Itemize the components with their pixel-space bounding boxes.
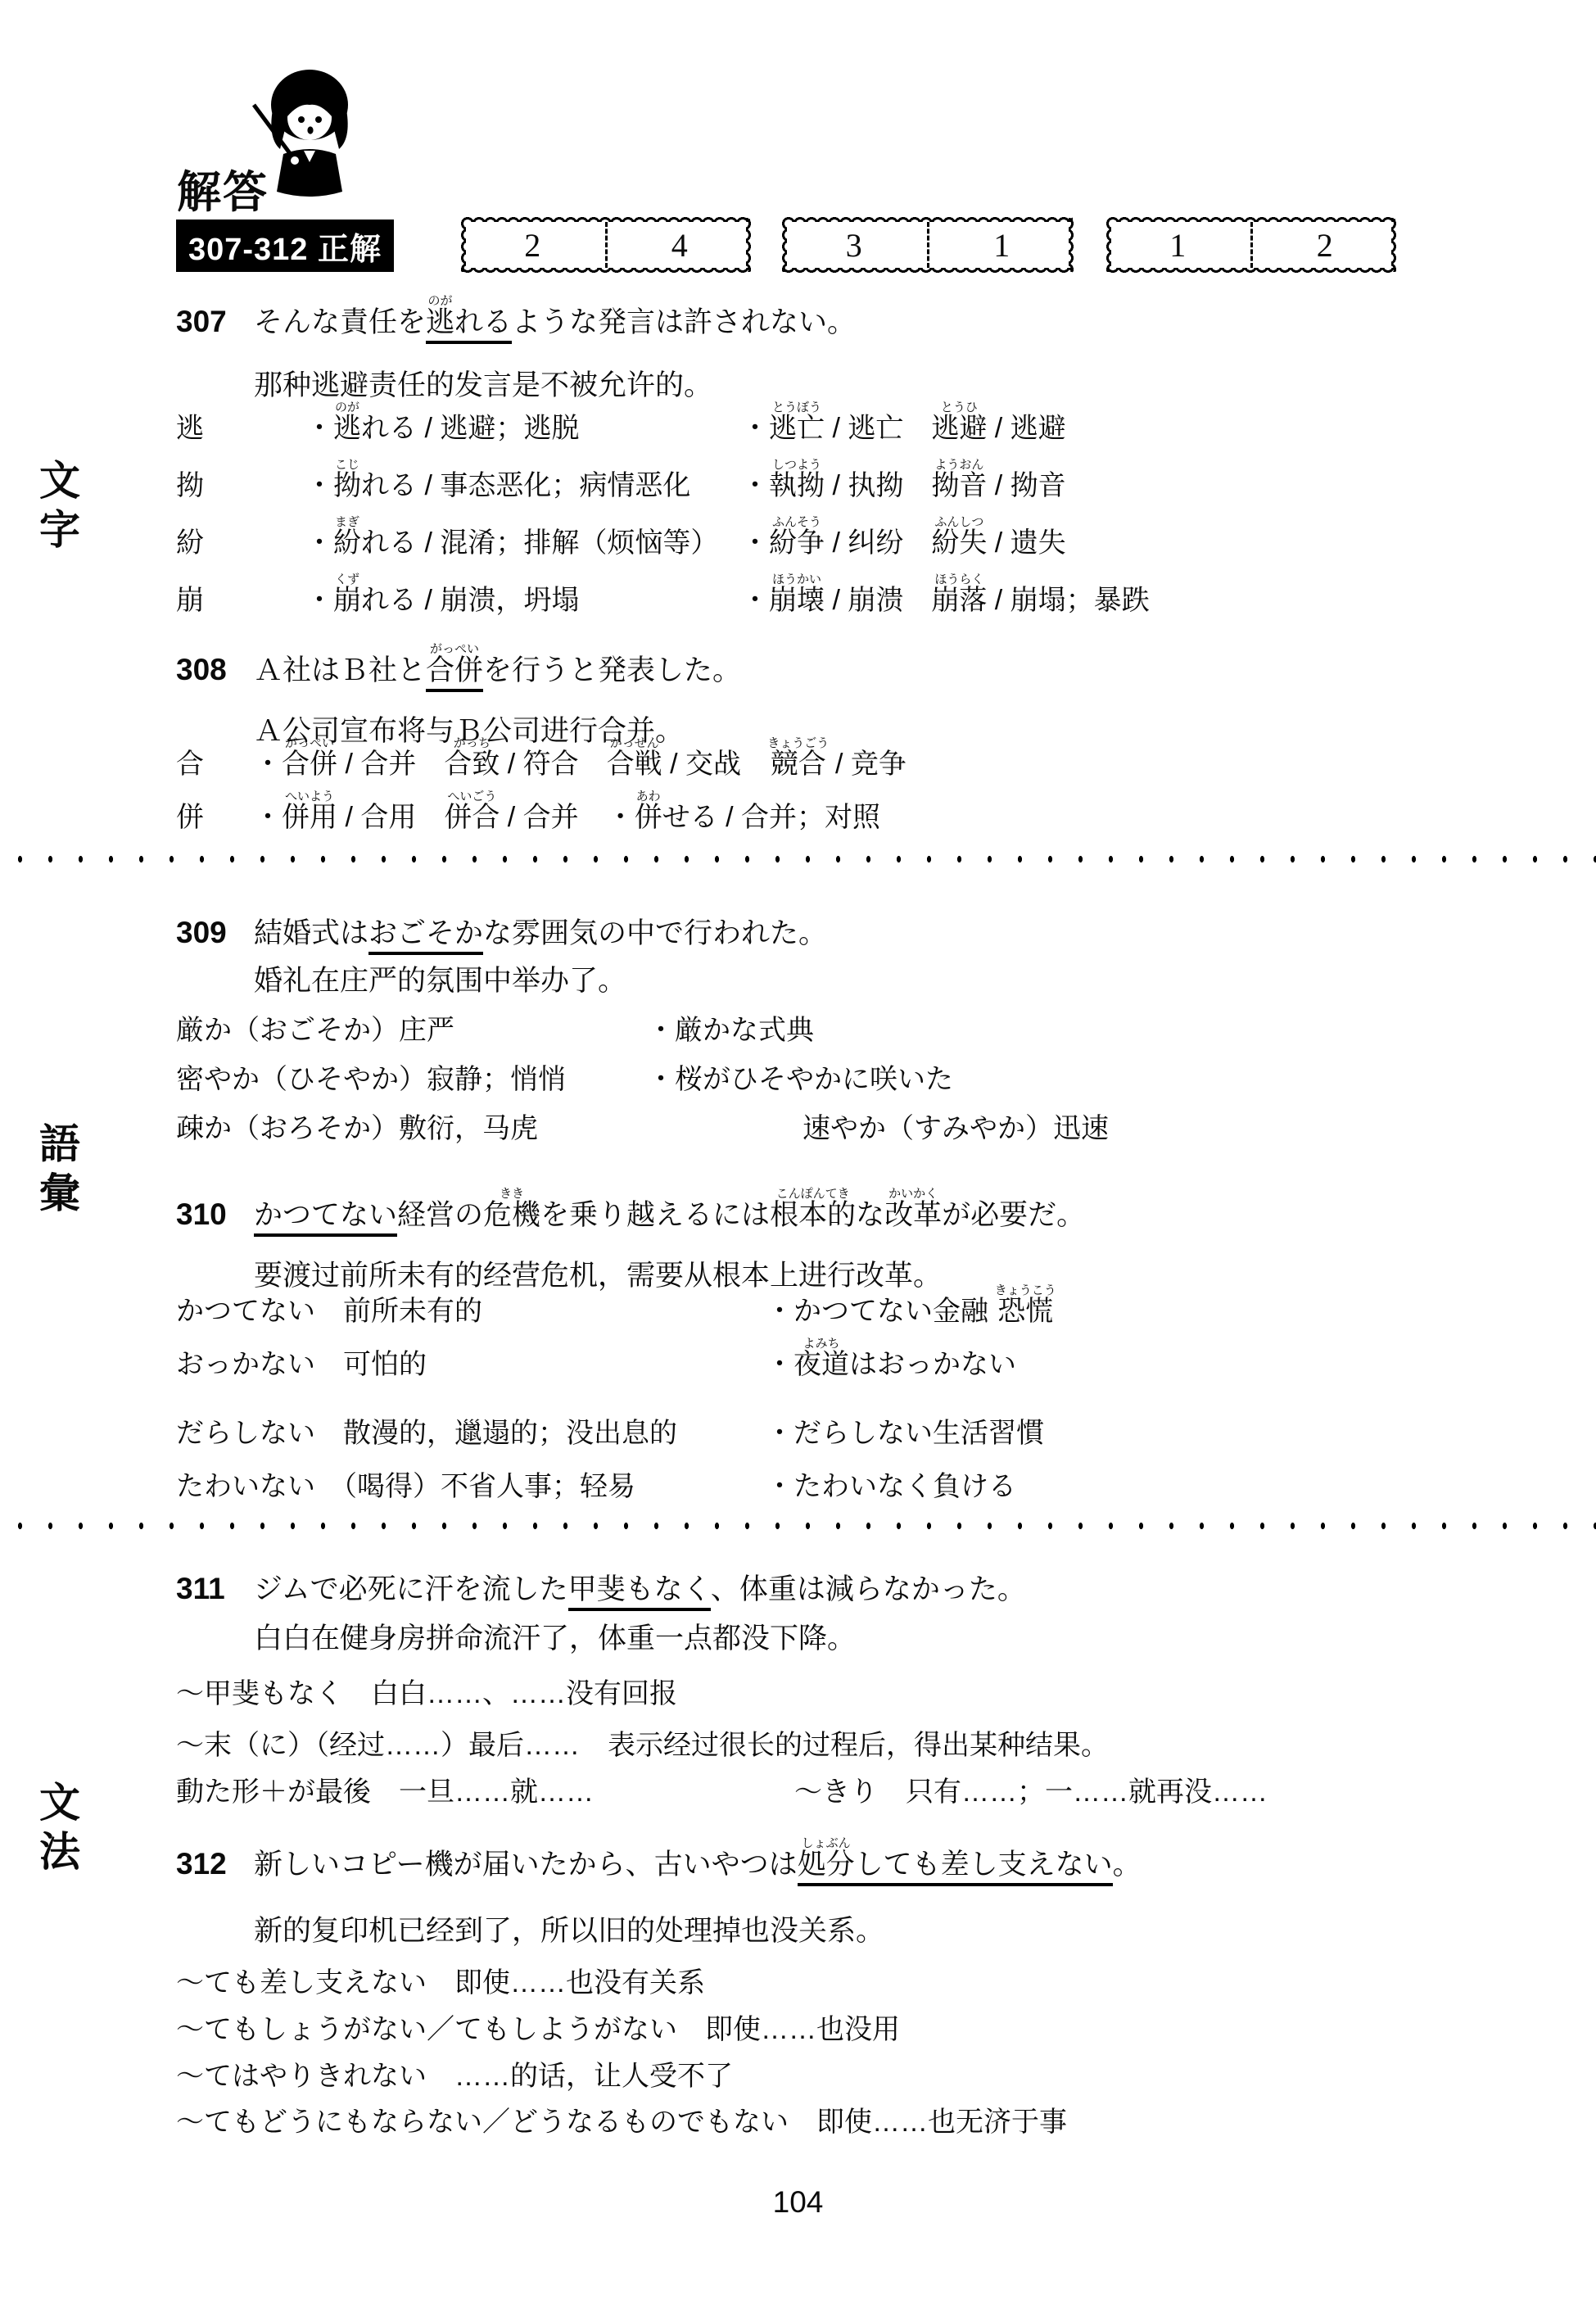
vocab-left: 厳か（おごそか）庄严 (176, 1007, 647, 1048)
dotted-divider (0, 853, 1596, 865)
page-number: 104 (0, 2185, 1596, 2220)
vocab-row: 紛 ・紛まぎれる / 混淆；排解（烦恼等） ・紛争ふんそう / 纠纷 紛失ふんし… (176, 515, 1066, 560)
grammar-line: ～てもしょうがない／てもしようがない 即使……也没用 (176, 2007, 900, 2047)
translation-cn: 白白在健身房拼命流汗了，体重一点都没下降。 (254, 1616, 856, 1657)
answer-value: 1 (929, 226, 1075, 265)
grammar-line: ～てもどうにもならない／どうなるものでもない 即使……也无济于事 (176, 2099, 1067, 2139)
vocab-left: おっかない 可怕的 (176, 1342, 766, 1382)
grammar-row: ～末（に）（经过……）最后…… 表示经过很长的过程后，得出某种结果。 (176, 1722, 1109, 1763)
wavy-border-bottom (462, 268, 750, 274)
answer-value: 2 (460, 226, 605, 265)
vocab-right: 速やか（すみやか）迅速 (647, 1106, 1109, 1146)
vocab-left: ・崩くずれる / 崩溃，坍塌 (305, 573, 741, 618)
question-number: 308 (176, 653, 254, 687)
vocab-right: ・執拗しつよう / 执拗 拗音ようおん / 拗音 (741, 458, 1066, 503)
grammar-row: ～てはやりきれない ……的话，让人受不了 (176, 2053, 733, 2093)
vocab-row: かつてない 前所未有的 ・かつてない金融 恐慌きょうこう (176, 1283, 1056, 1328)
wavy-border-left (460, 218, 466, 272)
vocab-kanji-head: 紛 (176, 520, 305, 560)
example-sentence-jp: ジムで必死に汗を流した甲斐もなく、体重は減らなかった。 (254, 1567, 1026, 1608)
vocab-left: かつてない 前所未有的 (176, 1288, 766, 1328)
vocab-row: 併 ・併用へいよう / 合用 併合へいごう / 合并 ・併あわせる / 合并；对… (176, 790, 880, 835)
sidebar-label-moji: 文字 (36, 459, 77, 557)
question-number: 311 (176, 1572, 254, 1606)
sidebar-label-goi: 語彙 (36, 1122, 77, 1220)
grammar-row: 動た形＋が最後 一旦……就…… ～きり 只有……；一……就再没…… (176, 1769, 1268, 1809)
vocab-line: ・併用へいよう / 合用 併合へいごう / 合并 ・併あわせる / 合并；对照 (254, 790, 880, 835)
vocab-row: 密やか（ひそやか）寂静；悄悄 ・桜がひそやかに咲いた (176, 1057, 953, 1097)
vocab-right: ・だらしない生活習慣 (766, 1410, 1044, 1451)
vocab-left: 密やか（ひそやか）寂静；悄悄 (176, 1057, 647, 1097)
vocab-right: ・かつてない金融 恐慌きょうこう (766, 1283, 1056, 1328)
wavy-border-right (1069, 218, 1074, 272)
example-line: 307 そんな責任を逃のがれるような発言は許されない。 (176, 294, 856, 341)
vocab-line: ・合併がっぺい / 合并 合致がっち / 符合 合戦かっせん / 交战 競合きょ… (254, 736, 907, 781)
wavy-border-bottom (783, 268, 1073, 274)
vocab-left: ・逃のがれる / 逃避；逃脱 (305, 401, 741, 446)
answer-range-label: 307-312 正解 (176, 220, 394, 272)
grammar-row: ～甲斐もなく 白白……、……没有回报 (176, 1671, 677, 1711)
answer-value: 3 (781, 226, 927, 265)
translation-cn: 婚礼在庄严的氛围中举办了。 (254, 958, 626, 999)
example-sentence-jp: 結婚式はおごそかな雰囲気の中で行われた。 (254, 911, 827, 952)
grammar-line: ～てはやりきれない ……的话，让人受不了 (176, 2053, 733, 2093)
answer-box: 3 1 (781, 216, 1074, 274)
vocab-row: だらしない 散漫的，邋遢的；没出息的 ・だらしない生活習慣 (176, 1410, 1044, 1451)
vocab-kanji-head: 合 (176, 741, 254, 781)
vocab-row: 疎か（おろそか）敷衍，马虎 速やか（すみやか）迅速 (176, 1106, 1109, 1146)
wavy-border-top (462, 216, 750, 222)
vocab-right: ・たわいなく負ける (766, 1464, 1016, 1504)
vocab-left: ・紛まぎれる / 混淆；排解（烦恼等） (305, 515, 741, 560)
grammar-row: ～てもしょうがない／てもしようがない 即使……也没用 (176, 2007, 900, 2047)
vocab-left: 動た形＋が最後 一旦……就…… (176, 1769, 794, 1809)
vocab-row: 厳か（おごそか）庄严 ・厳かな式典 (176, 1007, 814, 1048)
vocab-kanji-head: 拗 (176, 463, 305, 503)
vocab-row: おっかない 可怕的 ・夜道よみちはおっかない (176, 1337, 1016, 1382)
grammar-line: ～末（に）（经过……）最后…… 表示经过很长的过程后，得出某种结果。 (176, 1722, 1109, 1763)
answer-value: 2 (1253, 226, 1398, 265)
question-number: 310 (176, 1197, 254, 1232)
grammar-line: ～ても差し支えない 即使……也没有关系 (176, 1960, 705, 2000)
grammar-row: ～ても差し支えない 即使……也没有关系 (176, 1960, 705, 2000)
vocab-kanji-head: 崩 (176, 577, 305, 618)
answer-value: 4 (608, 226, 753, 265)
vocab-row: 逃 ・逃のがれる / 逃避；逃脱 ・逃亡とうぼう / 逃亡 逃避とうひ / 逃避 (176, 401, 1066, 446)
wavy-border-right (746, 218, 752, 272)
answer-box: 2 4 (460, 216, 752, 274)
teacher-girl-illustration (246, 62, 368, 222)
example-sentence-jp: そんな責任を逃のがれるような発言は許されない。 (254, 294, 856, 341)
vocab-left: ・拗こじれる / 事态恶化；病情恶化 (305, 458, 741, 503)
translation-cn: 新的复印机已经到了，所以旧的处理掉也没关系。 (254, 1908, 884, 1949)
vocab-right: ・厳かな式典 (647, 1007, 814, 1048)
vocab-right: ・逃亡とうぼう / 逃亡 逃避とうひ / 逃避 (741, 401, 1066, 446)
example-sentence-jp: かつてない経営の危機ききを乗り越えるには根本的こんぽんてきな改革かいかくが必要だ… (254, 1187, 1085, 1233)
wavy-border-bottom (1107, 268, 1395, 274)
vocab-row: 崩 ・崩くずれる / 崩溃，坍塌 ・崩壊ほうかい / 崩溃 崩落ほうらく / 崩… (176, 573, 1150, 618)
vocab-kanji-head: 逃 (176, 405, 305, 446)
answer-box: 1 2 (1105, 216, 1397, 274)
textbook-page: 文字 語彙 文法 解答 307-312 正解 2 4 3 1 (0, 0, 1596, 2322)
vocab-right: ・崩壊ほうかい / 崩溃 崩落ほうらく / 崩塌；暴跌 (741, 573, 1150, 618)
question-number: 312 (176, 1847, 254, 1881)
example-sentence-jp: Ａ社はＢ社と合併がっぺいを行うと発表した。 (254, 642, 741, 689)
sidebar-label-bunpo: 文法 (36, 1781, 77, 1879)
vocab-left: たわいない （喝得）不省人事；轻易 (176, 1464, 766, 1504)
wavy-border-right (1391, 218, 1397, 272)
example-sentence-jp: 新しいコピー機が届いたから、古いやつは処分しょぶんしても差し支えない。 (254, 1836, 1142, 1883)
vocab-left: だらしない 散漫的，邋遢的；没出息的 (176, 1410, 766, 1451)
vocab-left: 疎か（おろそか）敷衍，马虎 (176, 1106, 647, 1146)
example-line: 308 Ａ社はＢ社と合併がっぺいを行うと発表した。 (176, 642, 741, 689)
example-line: 309 結婚式はおごそかな雰囲気の中で行われた。 (176, 911, 827, 952)
vocab-row: 拗 ・拗こじれる / 事态恶化；病情恶化 ・執拗しつよう / 执拗 拗音ようおん… (176, 458, 1066, 503)
dotted-divider (0, 1520, 1596, 1532)
vocab-right: ～きり 只有……；一……就再没…… (794, 1769, 1268, 1809)
vocab-right: ・紛争ふんそう / 纠纷 紛失ふんしつ / 遗失 (741, 515, 1066, 560)
question-number: 309 (176, 916, 254, 950)
vocab-row: 合 ・合併がっぺい / 合并 合致がっち / 符合 合戦かっせん / 交战 競合… (176, 736, 907, 781)
example-line: 312 新しいコピー機が届いたから、古いやつは処分しょぶんしても差し支えない。 (176, 1836, 1142, 1883)
wavy-border-left (781, 218, 787, 272)
example-line: 311 ジムで必死に汗を流した甲斐もなく、体重は減らなかった。 (176, 1567, 1026, 1608)
example-line: 310 かつてない経営の危機ききを乗り越えるには根本的こんぽんてきな改革かいかく… (176, 1187, 1085, 1233)
grammar-row: ～てもどうにもならない／どうなるものでもない 即使……也无济于事 (176, 2099, 1067, 2139)
grammar-line: ～甲斐もなく 白白……、……没有回报 (176, 1671, 677, 1711)
translation-cn: 那种逃避责任的发言是不被允许的。 (254, 363, 712, 404)
vocab-kanji-head: 併 (176, 794, 254, 835)
answer-value: 1 (1105, 226, 1250, 265)
question-number: 307 (176, 305, 254, 339)
wavy-border-top (783, 216, 1073, 222)
wavy-border-top (1107, 216, 1395, 222)
vocab-row: たわいない （喝得）不省人事；轻易 ・たわいなく負ける (176, 1464, 1016, 1504)
wavy-border-left (1105, 218, 1111, 272)
vocab-right: ・桜がひそやかに咲いた (647, 1057, 953, 1097)
vocab-right: ・夜道よみちはおっかない (766, 1337, 1016, 1382)
